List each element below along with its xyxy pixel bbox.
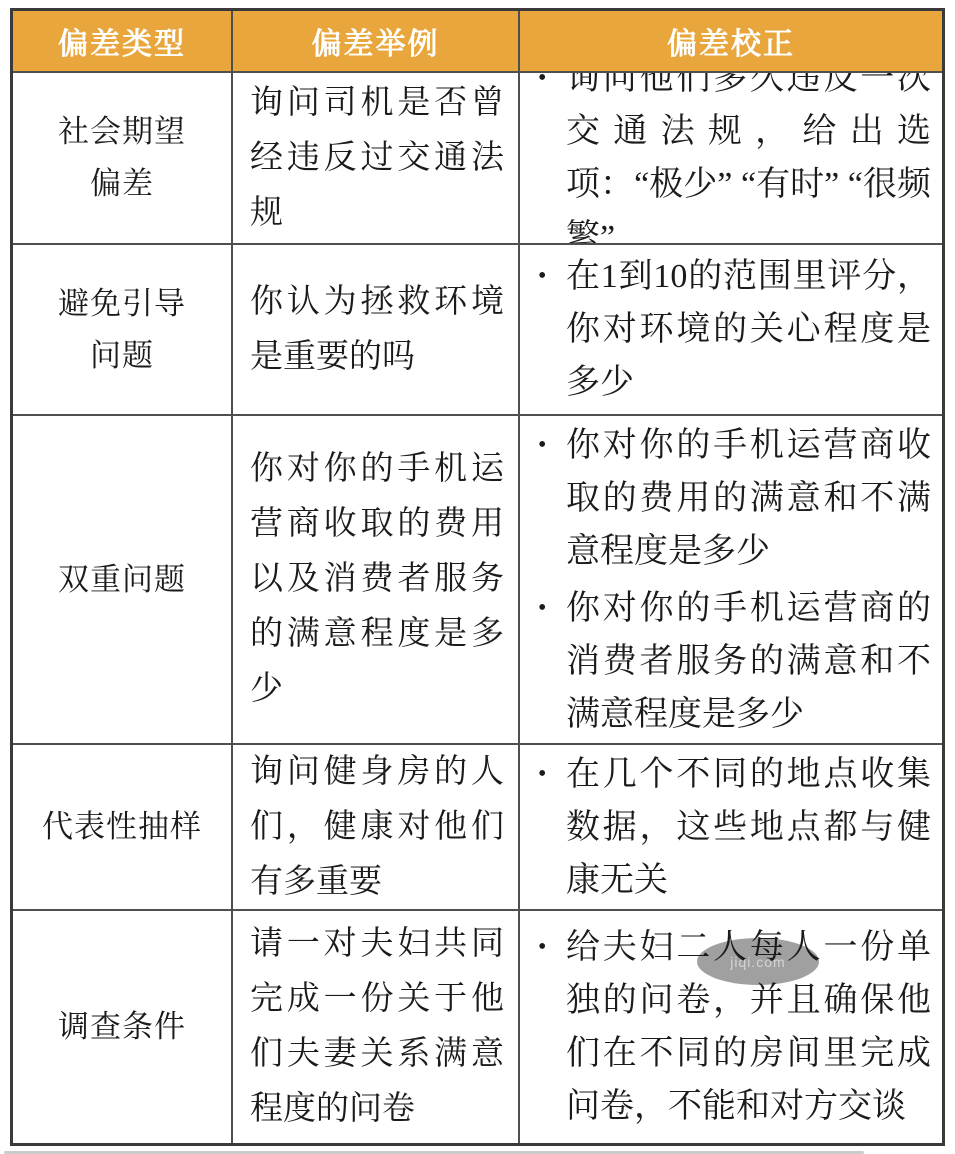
correction-item: • 询问他们多久违反一次交通法规，给出选项：“极少” “有时” “很频繁” <box>520 73 942 245</box>
example-text: 询问司机是否曾经违反过交通法规 <box>250 76 504 241</box>
cell-example: 你认为拯救环境是重要的吗 <box>233 245 520 416</box>
cell-type-social-desirability: 社会期望 偏差 <box>13 73 233 245</box>
correction-item: • 在几个不同的地点收集数据，这些地点都与健康无关 <box>520 748 942 907</box>
correction-item: • 在1到10的范围里评分，你对环境的关心程度是多少 <box>520 250 942 409</box>
correction-text: 你对你的手机运营商的消费者服务的满意和不满意程度是多少 <box>566 582 942 741</box>
type-label-line: 偏差 <box>90 158 154 210</box>
type-label-line: 问题 <box>90 330 154 382</box>
header-cell-bias-example: 偏差举例 <box>233 11 520 73</box>
example-text: 请一对夫妇共同完成一份关于他们夫妻关系满意程度的问卷 <box>250 917 504 1137</box>
header-cell-bias-correction: 偏差校正 <box>520 11 942 73</box>
correction-item: • 给夫妇二人每人一份单独的问卷，并且确保他们在不同的房间里完成问卷，不能和对方… <box>520 921 942 1133</box>
cell-type-double-barreled: 双重问题 <box>13 416 233 745</box>
correction-text: 给夫妇二人每人一份单独的问卷，并且确保他们在不同的房间里完成问卷，不能和对方交谈 <box>566 921 942 1133</box>
cell-type-representative-sampling: 代表性抽样 <box>13 745 233 911</box>
cell-correction: • 你对你的手机运营商收取的费用的满意和不满意程度是多少 • 你对你的手机运营商… <box>520 416 942 745</box>
bullet-icon: • <box>520 921 566 974</box>
cell-correction: • 询问他们多久违反一次交通法规，给出选项：“极少” “有时” “很频繁” <box>520 73 942 245</box>
bullet-icon: • <box>520 748 566 801</box>
cell-example: 询问司机是否曾经违反过交通法规 <box>233 73 520 245</box>
type-label-line: 代表性抽样 <box>42 801 202 853</box>
example-text: 询问健身房的人们，健康对他们有多重要 <box>250 745 504 910</box>
correction-item: • 你对你的手机运营商的消费者服务的满意和不满意程度是多少 <box>520 582 942 741</box>
cell-example: 请一对夫妇共同完成一份关于他们夫妻关系满意程度的问卷 <box>233 911 520 1143</box>
cell-correction: • 在几个不同的地点收集数据，这些地点都与健康无关 <box>520 745 942 911</box>
cell-example: 你对你的手机运营商收取的费用以及消费者服务的满意程度是多少 <box>233 416 520 745</box>
example-text: 你认为拯救环境是重要的吗 <box>250 275 504 385</box>
correction-text: 询问他们多久违反一次交通法规，给出选项：“极少” “有时” “很频繁” <box>566 73 942 245</box>
header-label: 偏差举例 <box>312 19 440 63</box>
type-label-line: 社会期望 <box>58 106 186 158</box>
cell-type-survey-conditions: 调查条件 <box>13 911 233 1143</box>
bullet-icon: • <box>520 250 566 303</box>
correction-text: 在1到10的范围里评分，你对环境的关心程度是多少 <box>566 250 942 409</box>
correction-text: 你对你的手机运营商收取的费用的满意和不满意程度是多少 <box>566 419 942 578</box>
cell-correction: • 在1到10的范围里评分，你对环境的关心程度是多少 <box>520 245 942 416</box>
type-label-line: 避免引导 <box>58 278 186 330</box>
correction-text: 在几个不同的地点收集数据，这些地点都与健康无关 <box>566 748 942 907</box>
header-cell-bias-type: 偏差类型 <box>13 11 233 73</box>
type-label-line: 调查条件 <box>58 1001 186 1053</box>
type-label-line: 双重问题 <box>58 554 186 606</box>
bullet-icon: • <box>520 73 566 105</box>
correction-item: • 你对你的手机运营商收取的费用的满意和不满意程度是多少 <box>520 419 942 578</box>
document-page: jiqi.com 偏差类型 偏差举例 偏差校正 社会期望 偏差 询问司机是否曾经… <box>0 0 955 1154</box>
bullet-icon: • <box>520 582 566 635</box>
header-label: 偏差校正 <box>667 19 795 63</box>
cell-correction: • 给夫妇二人每人一份单独的问卷，并且确保他们在不同的房间里完成问卷，不能和对方… <box>520 911 942 1143</box>
header-label: 偏差类型 <box>58 19 186 63</box>
cell-type-leading-question: 避免引导 问题 <box>13 245 233 416</box>
cell-example: 询问健身房的人们，健康对他们有多重要 <box>233 745 520 911</box>
bias-correction-table: 偏差类型 偏差举例 偏差校正 社会期望 偏差 询问司机是否曾经违反过交通法规 •… <box>10 8 945 1146</box>
bullet-icon: • <box>520 419 566 472</box>
example-text: 你对你的手机运营商收取的费用以及消费者服务的满意程度是多少 <box>250 442 504 717</box>
